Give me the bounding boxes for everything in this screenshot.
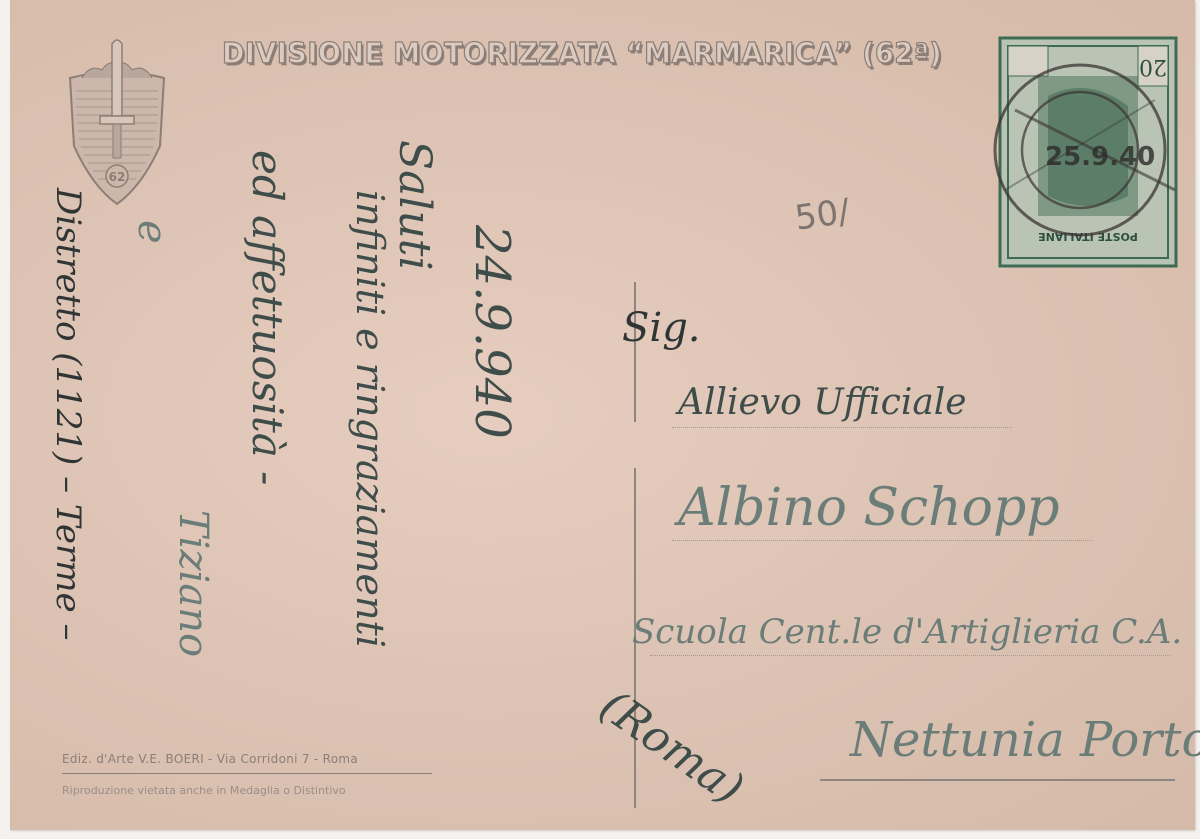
reproduction-notice: Riproduzione vietata anche in Medaglia o…	[62, 784, 346, 797]
postmark: 25.9.40	[975, 40, 1200, 280]
message-date: 24.9.940	[464, 225, 520, 439]
message-signature: Tiziano	[170, 510, 216, 657]
address-line-1: Allievo Ufficiale	[678, 382, 967, 423]
message-line-1: Saluti	[389, 140, 440, 271]
address-line-2: Albino Schopp	[678, 478, 1060, 538]
sword-shield-icon: 62	[62, 36, 172, 208]
publisher-line: Ediz. d'Arte V.E. BOERI - Via Corridoni …	[62, 752, 358, 766]
address-line-4: Nettunia Porto	[850, 712, 1200, 768]
address-rule-1	[672, 427, 1012, 428]
division-title: DIVISIONE MOTORIZZATA “MARMARICA” (62ª)	[222, 38, 942, 71]
address-rule-4	[820, 779, 1175, 781]
postcard: DIVISIONE MOTORIZZATA “MARMARICA” (62ª) …	[10, 0, 1195, 830]
svg-text:25.9.40: 25.9.40	[1045, 142, 1155, 172]
address-line-3: Scuola Cent.le d'Artiglieria C.A.	[632, 612, 1182, 652]
pencil-note: 50/	[792, 191, 852, 238]
address-rule-3	[650, 655, 1170, 656]
sender-address: Distretto (1121) – Terme –	[48, 188, 88, 640]
publisher-rule	[62, 773, 432, 774]
message-margin-mark: e	[129, 220, 175, 244]
svg-text:62: 62	[109, 170, 126, 184]
message-line-2: infiniti e ringraziamenti	[348, 190, 392, 648]
address-prefix: Sig.	[622, 305, 701, 351]
message-line-3: ed affettuosità -	[243, 150, 292, 485]
center-divider-top	[634, 282, 636, 422]
address-rule-2	[672, 540, 1092, 541]
address-province: (Roma)	[591, 680, 753, 815]
